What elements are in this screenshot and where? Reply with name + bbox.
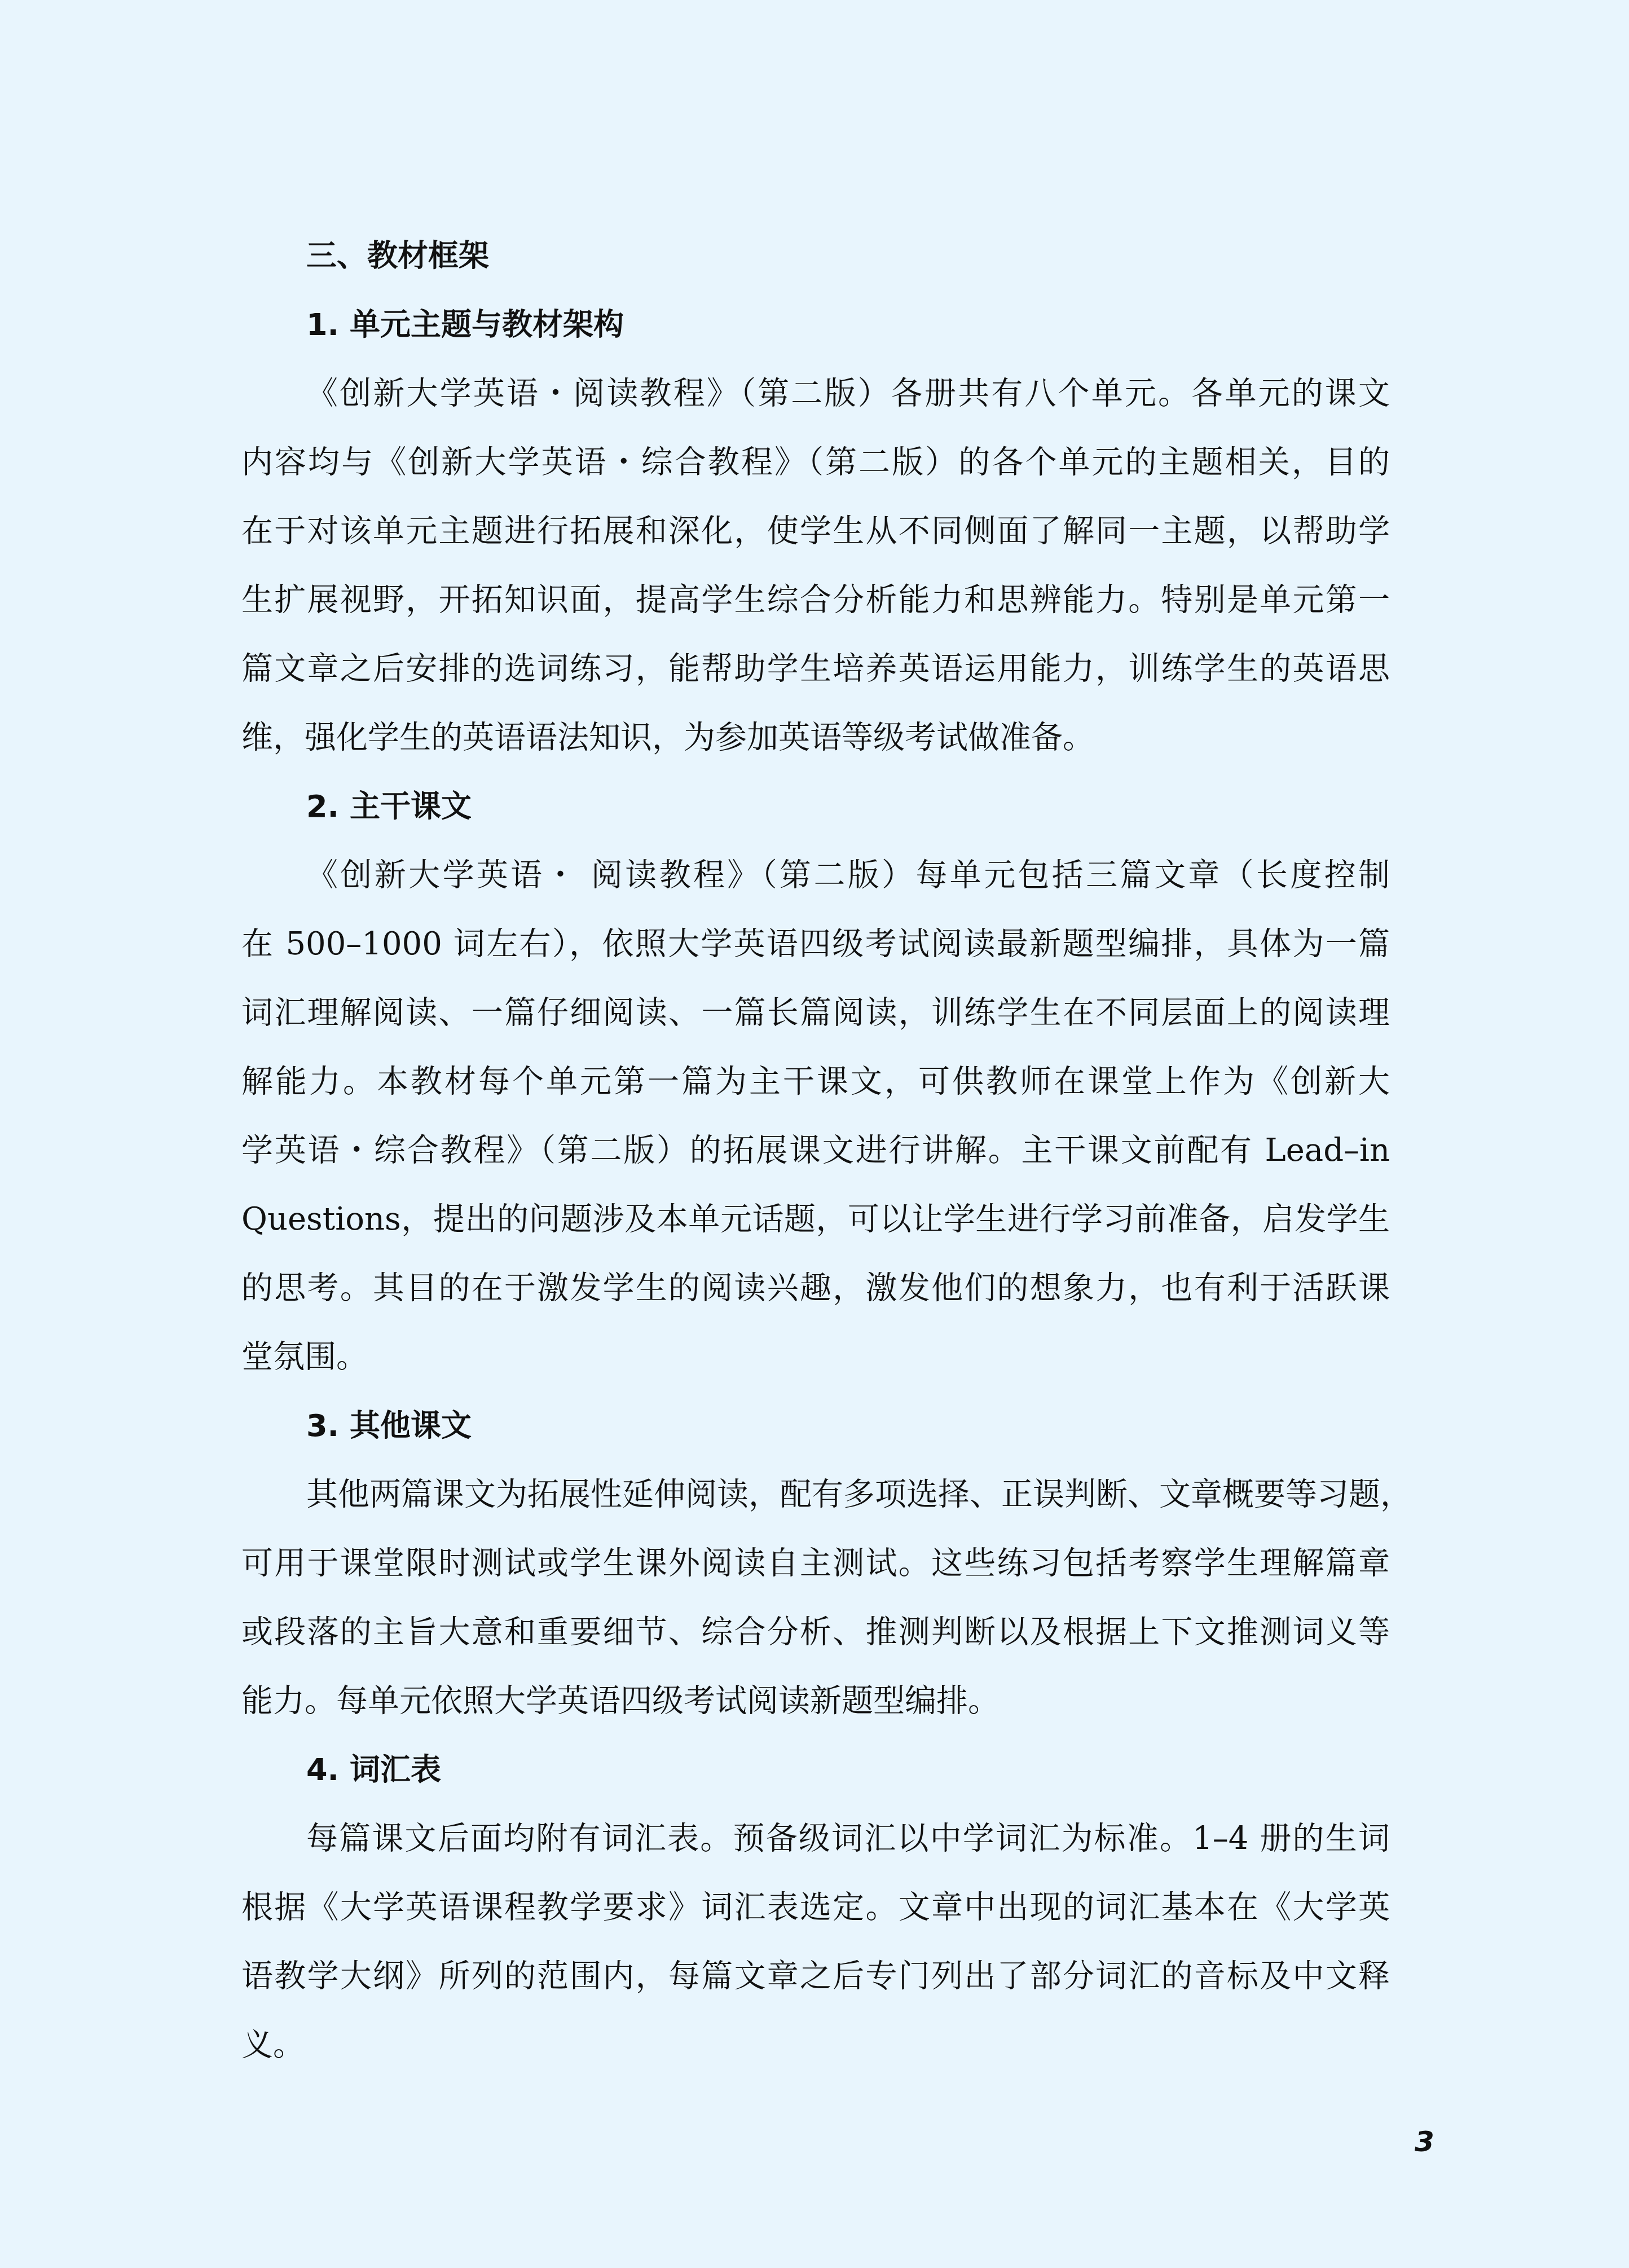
paragraph-line: 《创新大学英语・ 阅读教程》（第二版）每单元包括三篇文章（长度控制 <box>241 841 1390 910</box>
section-title: 三、教材框架 <box>241 222 1390 290</box>
paragraph-line: 堂氛围。 <box>241 1323 1390 1391</box>
paragraph-line: 学英语・综合教程》（第二版）的拓展课文进行讲解。主干课文前配有 Lead–in <box>241 1116 1390 1185</box>
subsection-heading-2: 2. 主干课文 <box>241 772 1390 841</box>
paragraph-line: 的思考。其目的在于激发学生的阅读兴趣，激发他们的想象力，也有利于活跃课 <box>241 1254 1390 1323</box>
paragraph-line: 维，强化学生的英语语法知识，为参加英语等级考试做准备。 <box>241 703 1390 772</box>
page-number: 3 <box>1415 2122 1434 2161</box>
paragraph-line: 其他两篇课文为拓展性延伸阅读，配有多项选择、正误判断、文章概要等习题， <box>241 1460 1390 1529</box>
paragraph-line: 内容均与《创新大学英语・综合教程》（第二版）的各个单元的主题相关，目的 <box>241 428 1390 497</box>
paragraph-line: Questions，提出的问题涉及本单元话题，可以让学生进行学习前准备，启发学生 <box>241 1185 1390 1254</box>
paragraph-line: 词汇理解阅读、一篇仔细阅读、一篇长篇阅读，训练学生在不同层面上的阅读理 <box>241 979 1390 1047</box>
paragraph-line: 能力。每单元依照大学英语四级考试阅读新题型编排。 <box>241 1667 1390 1736</box>
subsection-heading-3: 3. 其他课文 <box>241 1391 1390 1460</box>
paragraph-line: 篇文章之后安排的选词练习，能帮助学生培养英语运用能力，训练学生的英语思 <box>241 635 1390 703</box>
paragraph-line: 解能力。本教材每个单元第一篇为主干课文，可供教师在课堂上作为《创新大 <box>241 1047 1390 1116</box>
paragraph-line: 语教学大纲》所列的范围内，每篇文章之后专门列出了部分词汇的音标及中文释 <box>241 1942 1390 2011</box>
subsection-heading-4: 4. 词汇表 <box>241 1736 1390 1804</box>
paragraph-line: 生扩展视野，开拓知识面，提高学生综合分析能力和思辨能力。特别是单元第一 <box>241 566 1390 635</box>
paragraph-line: 或段落的主旨大意和重要细节、综合分析、推测判断以及根据上下文推测词义等 <box>241 1598 1390 1667</box>
document-page: 三、教材框架 1. 单元主题与教材架构 《创新大学英语・阅读教程》（第二版）各册… <box>241 222 1390 2080</box>
paragraph-line: 义。 <box>241 2011 1390 2080</box>
subsection-heading-1: 1. 单元主题与教材架构 <box>241 290 1390 359</box>
paragraph-line: 可用于课堂限时测试或学生课外阅读自主测试。这些练习包括考察学生理解篇章 <box>241 1529 1390 1598</box>
paragraph-line: 每篇课文后面均附有词汇表。预备级词汇以中学词汇为标准。1–4 册的生词 <box>241 1804 1390 1873</box>
paragraph-line: 在 500–1000 词左右），依照大学英语四级考试阅读最新题型编排，具体为一篇 <box>241 910 1390 979</box>
paragraph-line: 在于对该单元主题进行拓展和深化，使学生从不同侧面了解同一主题，以帮助学 <box>241 497 1390 566</box>
paragraph-line: 《创新大学英语・阅读教程》（第二版）各册共有八个单元。各单元的课文 <box>241 359 1390 428</box>
paragraph-line: 根据《大学英语课程教学要求》词汇表选定。文章中出现的词汇基本在《大学英 <box>241 1873 1390 1942</box>
